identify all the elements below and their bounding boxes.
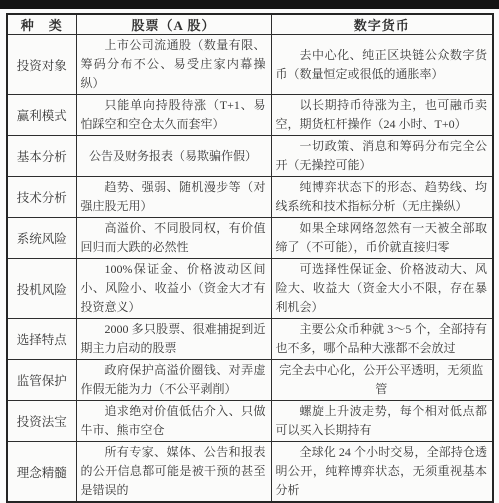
stock-vs-crypto-comparison-table: 种 类 股票（A 股） 数字货币 投资对象 上市公司流通股（数量有限、筹码分布不… [6, 13, 494, 455]
category-cell: 投资法宝 [7, 401, 76, 442]
table-row: 理念精髓 所有专家、媒体、公告和报表的公开信息都可能是被干预的甚至是错误的 全球… [7, 442, 493, 456]
crypto-cell: 可选择性保证金、价格波动大、风险大、收益大（资金大小不限，存在暴利机会） [271, 259, 493, 319]
header-stock: 股票（A 股） [76, 14, 271, 35]
crypto-cell: 如果全球网络忽然有一天被全部取缔了（不可能），币价就直接归零 [271, 218, 493, 259]
stock-cell: 上市公司流通股（数量有限、筹码分布不公、易受庄家内幕操纵） [76, 35, 271, 95]
header-crypto: 数字货币 [271, 14, 493, 35]
crypto-cell: 以长期持币待涨为主，也可融币卖空，期货杠杆操作（24 小时、T+0） [271, 95, 493, 136]
crypto-cell: 全球化 24 个小时交易，全部持仓透明公开，纯粹博弈状态，无须重视基本分析 [271, 442, 493, 456]
header-row: 种 类 股票（A 股） 数字货币 [7, 14, 493, 35]
crypto-cell: 完全去中心化，公开公平透明，无须监管 [271, 360, 493, 401]
table-row: 投资法宝 追求绝对价值低估介入、只做牛市、熊市空仓 螺旋上升波走势，每个相对低点… [7, 401, 493, 442]
stock-cell: 高溢价、不同股同权，有价值回归而大跌的必然性 [76, 218, 271, 259]
category-cell: 理念精髓 [7, 442, 76, 456]
stock-cell: 政府保护高溢价圈钱、对弄虚作假无能为力（不公平剥削） [76, 360, 271, 401]
top-border-bar [0, 0, 499, 9]
stock-cell: 只能单向持股待涨（T+1、易怕踩空和空仓太久而套牢） [76, 95, 271, 136]
table-row: 基本分析 公告及财务报表（易欺骗作假） 一切政策、消息和筹码分布完全公开（无操控… [7, 136, 493, 177]
header-category: 种 类 [7, 14, 76, 35]
table-row: 监管保护 政府保护高溢价圈钱、对弄虚作假无能为力（不公平剥削） 完全去中心化，公… [7, 360, 493, 401]
crypto-cell: 纯博弈状态下的形态、趋势线、均线系统和技术指标分析（无庄操纵） [271, 177, 493, 218]
category-cell: 赢利模式 [7, 95, 76, 136]
crypto-cell: 主要公众币种就 3～5 个，全部持有也不多，哪个品种大涨都不会放过 [271, 319, 493, 360]
stock-cell: 追求绝对价值低估介入、只做牛市、熊市空仓 [76, 401, 271, 442]
category-cell: 投机风险 [7, 259, 76, 319]
table-row: 系统风险 高溢价、不同股同权，有价值回归而大跌的必然性 如果全球网络忽然有一天被… [7, 218, 493, 259]
table-row: 投机风险 100%保证金、价格波动区间小、风险小、收益小（资金大才有投资意义） … [7, 259, 493, 319]
category-cell: 监管保护 [7, 360, 76, 401]
crypto-cell: 螺旋上升波走势，每个相对低点都可以买入长期持有 [271, 401, 493, 442]
stock-cell: 趋势、强弱、随机漫步等（对强庄股无用） [76, 177, 271, 218]
category-cell: 技术分析 [7, 177, 76, 218]
table-row: 选择特点 2000 多只股票、很难捕捉到近期主力启动的股票 主要公众币种就 3～… [7, 319, 493, 360]
stock-cell: 所有专家、媒体、公告和报表的公开信息都可能是被干预的甚至是错误的 [76, 442, 271, 456]
category-cell: 选择特点 [7, 319, 76, 360]
category-cell: 系统风险 [7, 218, 76, 259]
comparison-table-container: 种 类 股票（A 股） 数字货币 投资对象 上市公司流通股（数量有限、筹码分布不… [6, 13, 494, 455]
crypto-cell: 去中心化、纯正区块链公众数字货币（数量恒定或很低的通胀率） [271, 35, 493, 95]
stock-cell: 2000 多只股票、很难捕捉到近期主力启动的股票 [76, 319, 271, 360]
category-cell: 基本分析 [7, 136, 76, 177]
stock-cell: 100%保证金、价格波动区间小、风险小、收益小（资金大才有投资意义） [76, 259, 271, 319]
table-row: 投资对象 上市公司流通股（数量有限、筹码分布不公、易受庄家内幕操纵） 去中心化、… [7, 35, 493, 95]
category-cell: 投资对象 [7, 35, 76, 95]
crypto-cell: 一切政策、消息和筹码分布完全公开（无操控可能） [271, 136, 493, 177]
stock-cell: 公告及财务报表（易欺骗作假） [76, 136, 271, 177]
table-row: 技术分析 趋势、强弱、随机漫步等（对强庄股无用） 纯博弈状态下的形态、趋势线、均… [7, 177, 493, 218]
table-row: 赢利模式 只能单向持股待涨（T+1、易怕踩空和空仓太久而套牢） 以长期持币待涨为… [7, 95, 493, 136]
